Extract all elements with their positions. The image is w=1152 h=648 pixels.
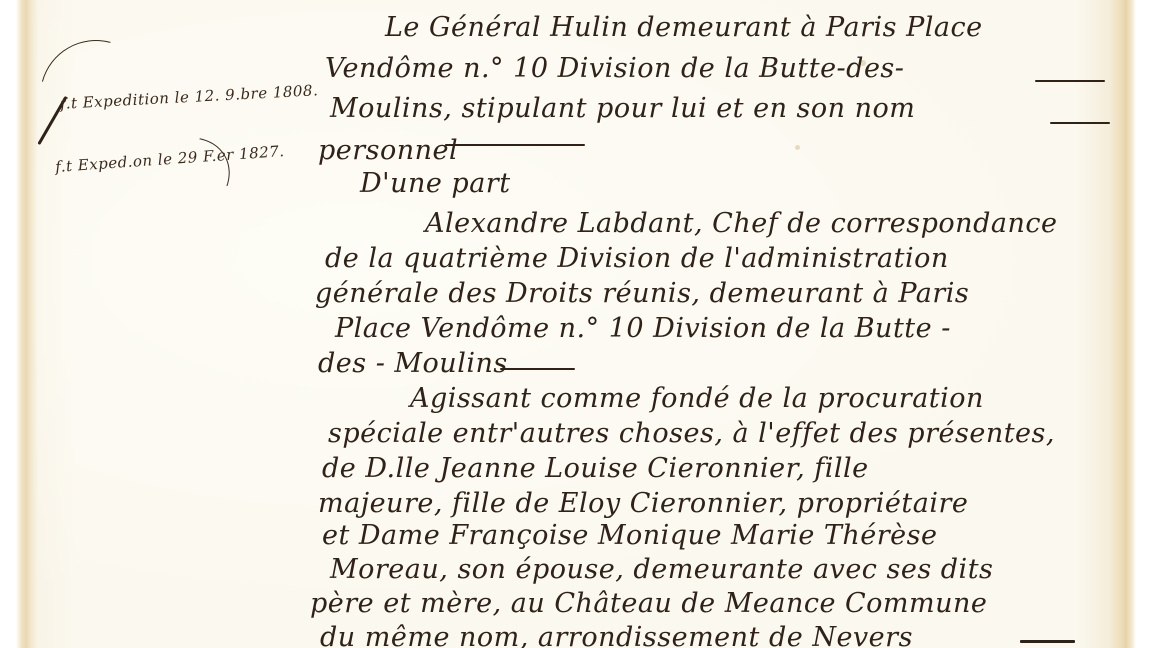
line-end-dash [1050, 122, 1110, 124]
body-line: Moulins, stipulant pour lui et en son no… [330, 95, 915, 122]
body-line: générale des Droits réunis, demeurant à … [315, 280, 969, 307]
body-line: du même nom, arrondissement de Nevers [320, 624, 913, 648]
body-line: Alexandre Labdant, Chef de correspondanc… [425, 210, 1057, 237]
manuscript-scan: f.t Expedition le 12. 9.bre 1808. f.t Ex… [0, 0, 1152, 648]
body-line-d-une-part: D'une part [360, 170, 511, 197]
body-line: de la quatrième Division de l'administra… [325, 245, 949, 272]
body-line: spéciale entr'autres choses, à l'effet d… [328, 420, 1055, 447]
body-line: des - Moulins [318, 350, 508, 377]
scan-background-left [0, 0, 16, 648]
paper-edge-right [1110, 0, 1136, 648]
line-end-dash [445, 144, 585, 146]
line-end-dash [500, 368, 575, 370]
paper-edge-left [16, 0, 38, 648]
scan-background-right [1136, 0, 1152, 648]
body-line: Place Vendôme n.° 10 Division de la Butt… [335, 315, 951, 342]
ink-stain [795, 145, 800, 150]
body-line: de D.lle Jeanne Louise Cieronnier, fille [322, 455, 869, 482]
body-line: Agissant comme fondé de la procuration [410, 385, 984, 412]
line-end-dash [1020, 640, 1075, 643]
body-line: Vendôme n.° 10 Division de la Butte-des- [325, 55, 904, 82]
line-end-dash [1035, 80, 1105, 82]
body-line: Le Général Hulin demeurant à Paris Place [385, 14, 983, 41]
body-line: et Dame Françoise Monique Marie Thérèse [322, 522, 937, 549]
body-line: Moreau, son épouse, demeurante avec ses … [330, 556, 993, 583]
body-line: majeure, fille de Eloy Cieronnier, propr… [318, 490, 968, 517]
body-line: personnel [318, 137, 458, 164]
body-line: père et mère, au Château de Meance Commu… [310, 590, 987, 617]
